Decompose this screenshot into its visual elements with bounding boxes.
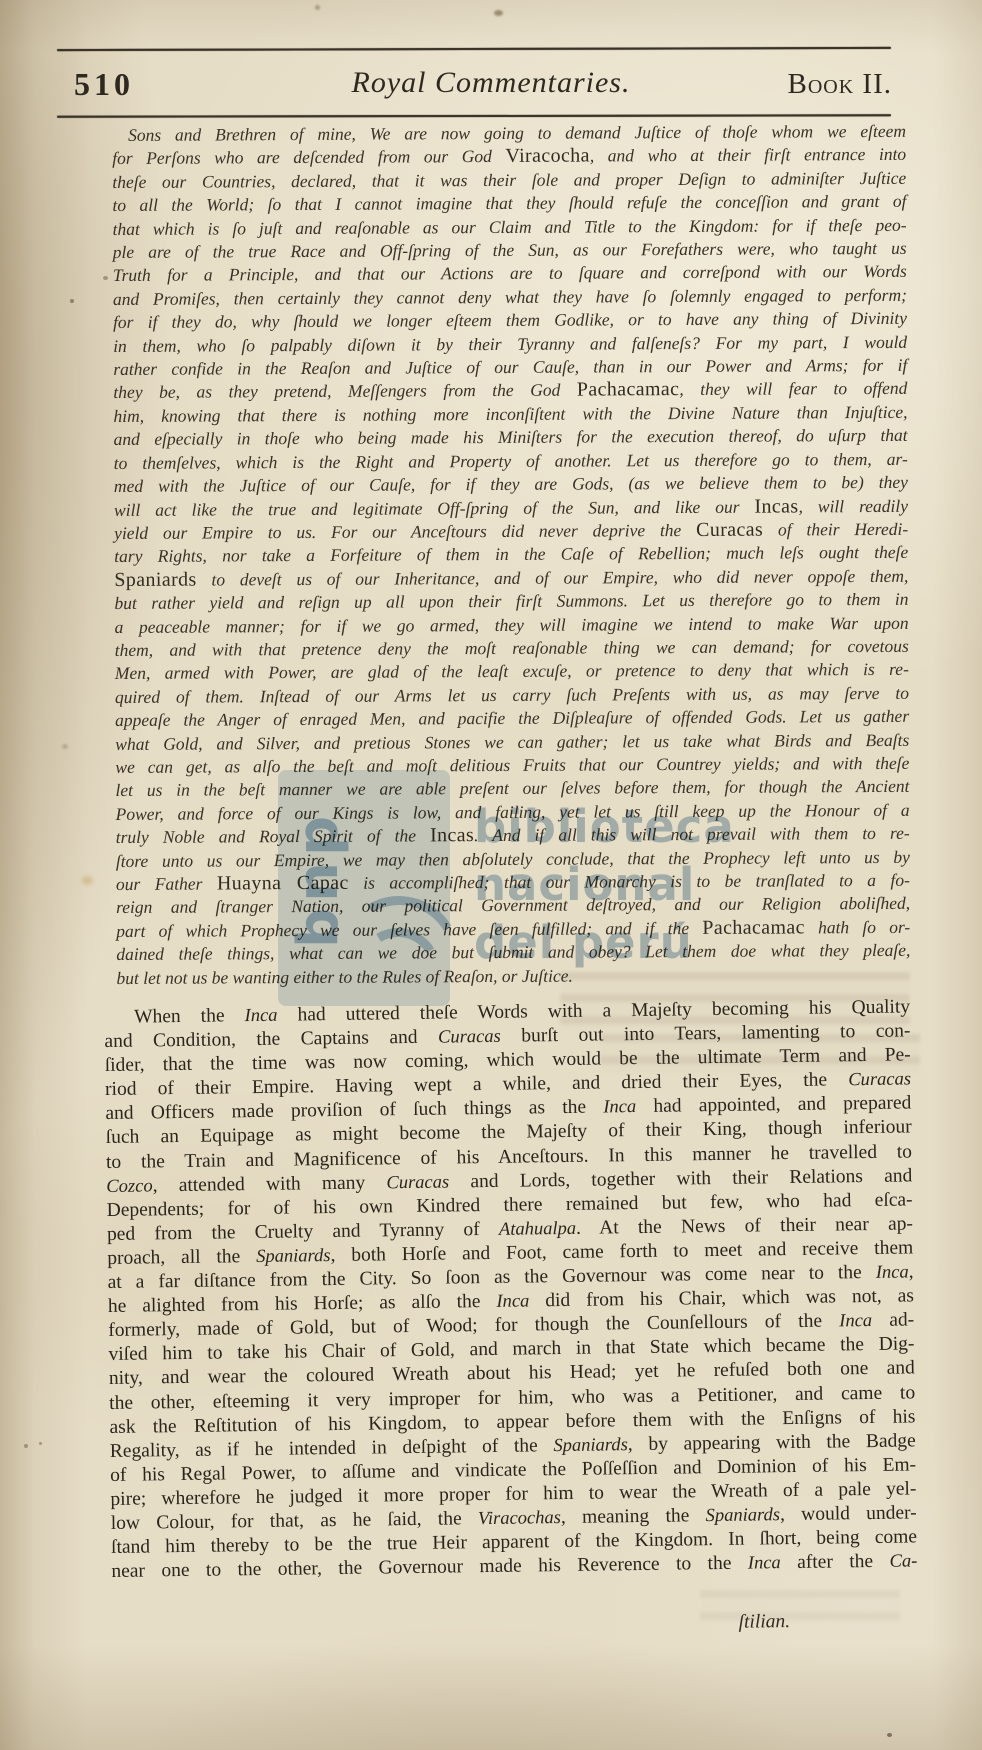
text-line: but let not us be wanting either to the … [116, 962, 910, 990]
text-run: , would under- [780, 1502, 917, 1525]
text-run: is accompliſhed; that our Monarchy is to… [349, 870, 910, 893]
catchword: ſtilian. [104, 1609, 910, 1642]
text-run: When the [134, 1005, 245, 1027]
proper-name: Spaniards [256, 1245, 331, 1267]
text-run: burſt out into Tears, lamenting to con- [501, 1021, 911, 1047]
text-run: . And if all this will not prevail with … [474, 823, 910, 845]
text-run: , and who at their firſt entrance into [590, 144, 906, 166]
text-run: they be, as they pretend, Meſſengers fro… [113, 380, 577, 402]
proper-name: Pachacamac [702, 916, 805, 939]
text-run: part of which Prophecy we our ſelves hav… [116, 918, 702, 941]
proper-name: Inca [603, 1096, 636, 1117]
text-run: ſtore unto us our Empire, we may then ab… [116, 846, 910, 870]
proper-name: Ca- [889, 1551, 917, 1572]
header-rule-bottom [57, 114, 891, 117]
paper-stain [70, 299, 74, 303]
paper-stain [494, 10, 503, 16]
text-run: ple are of the true Race and Off-ſpring … [113, 238, 907, 262]
text-run: appeaſe the Anger of enraged Men, and pa… [115, 706, 909, 730]
proper-name: Spaniards [705, 1504, 780, 1526]
text-run: Regality, as if he intended in deſpight … [110, 1435, 554, 1462]
proper-name: Inca [839, 1310, 872, 1331]
proper-name: Incas [430, 824, 474, 846]
text-run: low Colour, for that, as he ſaid, the [111, 1508, 478, 1534]
text-run: . At the News of their near ap- [576, 1213, 913, 1238]
paper-stain [887, 1733, 892, 1737]
text-run: med with the Juſtice of our Cauſe, for i… [114, 472, 908, 496]
text-run: and Promiſes, then certainly they cannot… [113, 285, 907, 309]
text-line: but rather yield and reſign up all upon … [114, 588, 908, 616]
text-run: but rather yield and reſign up all upon … [114, 589, 908, 613]
text-run: and Lords, together with their Relations… [449, 1165, 912, 1192]
text-run: of their Heredi- [763, 519, 908, 540]
text-run: rather confide in the Reaſon and Juſtice… [113, 355, 907, 379]
text-run: after the [781, 1551, 890, 1573]
paper-stain [82, 876, 93, 885]
paper-stain [62, 744, 68, 749]
text-run: ped from the Cruelty and Tyranny of [107, 1219, 499, 1245]
text-run: we can get, as alſo the beſt and moſt de… [115, 753, 909, 777]
proper-name: Curacas [438, 1026, 501, 1048]
text-run: hath ſo or- [805, 917, 910, 938]
text-run: to all the World; ſo that I cannot imagi… [112, 191, 906, 215]
proper-name: Spaniards [553, 1434, 628, 1456]
text-run: but let not us be wanting either to the … [116, 965, 572, 987]
text-run: Sons and Brethren of mine, We are now go… [128, 121, 906, 145]
paper-stain [39, 1442, 42, 1445]
proper-name: Inca [748, 1552, 781, 1573]
proper-name: Inca [496, 1291, 529, 1312]
proper-name: Cozco [106, 1175, 153, 1197]
text-run: a peaceable manner; for if we go armed, … [115, 612, 909, 636]
text-run: ad- [872, 1310, 914, 1332]
page-header: 510 Royal Commentaries. Book II. [0, 56, 982, 112]
text-run: he alighted from his Horſe; as alſo the [108, 1291, 497, 1317]
text-run: , [909, 1261, 914, 1282]
narrative-paragraph: When the Inca had uttered theſe Words wi… [104, 995, 918, 1584]
text-run: Men, armed with Power, are glad of the l… [115, 659, 909, 683]
text-run: what Gold, and Silver, and pretious Ston… [115, 729, 909, 753]
text-run: to deveſt us of our Inheritance, and of … [197, 566, 909, 590]
proper-name: Curacas [848, 1069, 911, 1091]
proper-name: Spaniards [114, 568, 196, 590]
paper-stain [103, 276, 108, 280]
text-run: did from his Chair, which was not, as [529, 1286, 914, 1312]
proper-name: Curacas [386, 1171, 449, 1193]
book-label: Book II. [788, 56, 893, 112]
proper-name: Huayna Capac [217, 872, 349, 895]
text-run: truly Noble and Royal Spirit of the [116, 826, 430, 848]
text-run: tary Rights, nor take a Forfeiture of th… [114, 542, 908, 566]
inca-speech-paragraph: Sons and Brethren of mine, We are now go… [112, 120, 911, 990]
text-run: reign and ſtranger Nation, our political… [116, 893, 910, 917]
text-run: for Perſons who are deſcended from our G… [112, 146, 505, 168]
text-run: in them, who ſo palpably diſown it by th… [113, 331, 907, 355]
text-run: , by appearing with the Badge [628, 1430, 916, 1455]
proper-name: Incas [754, 495, 798, 517]
paper-stain [24, 1444, 28, 1448]
text-run: , meaning the [561, 1505, 706, 1528]
proper-name: Viracocha [505, 145, 589, 167]
text-run: and Condition, the Captains and [104, 1027, 438, 1052]
proper-name: Inca [244, 1005, 277, 1026]
proper-name: Viracochas [478, 1507, 561, 1529]
proper-name: Atahualpa [499, 1218, 576, 1240]
text-run: that which is ſo juſt and reaſonable as … [112, 214, 906, 238]
text-run: yield our Empire to us. For our Anceſtou… [114, 520, 696, 543]
text-run: had appointed, and prepared [636, 1093, 911, 1118]
proper-name: Inca [876, 1262, 909, 1283]
text-run: for if they do, why ſhould we longer eſt… [113, 308, 907, 332]
text-run: let us in the beſt manner we are able pr… [115, 776, 909, 800]
text-run: will act like the true and legitimate Of… [114, 496, 755, 519]
text-run: them, and with that pretence deny the mo… [115, 636, 909, 660]
text-run: and eſpecially in thoſe who being made h… [114, 425, 908, 449]
proper-name: Pachacamac [577, 379, 680, 402]
text-run: dained theſe things, what can we doe but… [116, 940, 910, 964]
text-line: appeaſe the Anger of enraged Men, and pa… [115, 705, 909, 733]
text-run: our Father [116, 873, 217, 894]
text-run: Power, and force of our Kings is low, an… [116, 800, 910, 824]
text-run: , they will fear to offend [679, 378, 907, 399]
text-run: , will readily [798, 495, 908, 516]
text-run: theſe our Countries, declared, that it w… [112, 168, 906, 192]
book-page-scan: 510 Royal Commentaries. Book II. Sons an… [0, 0, 982, 1750]
text-run: to themſelves, which is the Right and Pr… [114, 449, 908, 473]
text-line: dained theſe things, what can we doe but… [116, 939, 910, 967]
text-run: quired of them. Inſtead of our Arms let … [115, 683, 909, 707]
paper-stain [315, 5, 320, 10]
text-run: him, knowing that there is nothing more … [113, 402, 907, 426]
text-run: , attended with many [153, 1172, 387, 1196]
text-run: Truth for a Principle, and that our Acti… [113, 261, 907, 285]
proper-name: Curacas [696, 519, 763, 541]
text-run: proach, all the [107, 1246, 256, 1269]
header-rule-top [57, 47, 891, 51]
